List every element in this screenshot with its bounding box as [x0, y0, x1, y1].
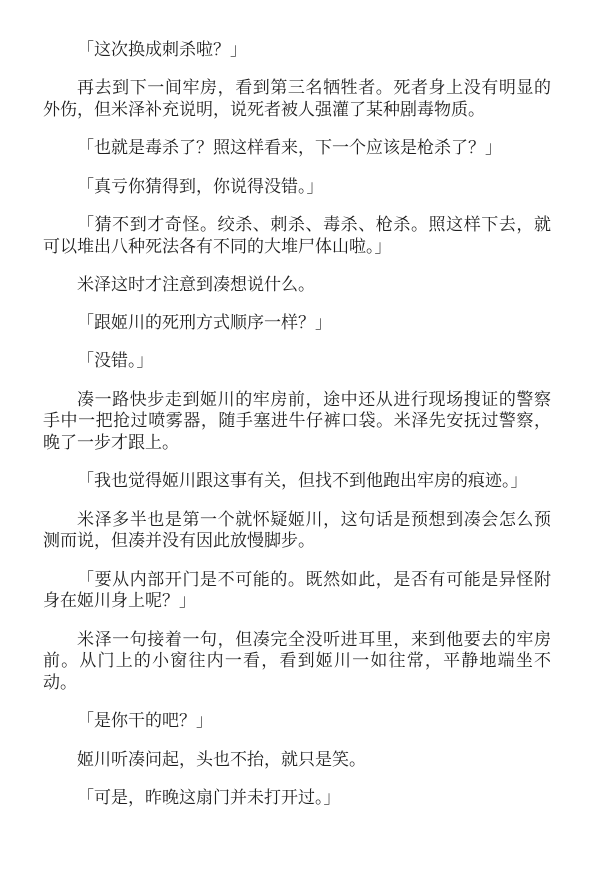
paragraph: 「猜不到才奇怪。绞杀、刺杀、毒杀、枪杀。照这样下去，就可以堆出八种死法各有不同的…	[43, 214, 551, 257]
paragraph: 米泽这时才注意到凑想说什么。	[43, 274, 551, 296]
paragraph: 「我也觉得姬川跟这事有关，但找不到他跑出牢房的痕迹。」	[43, 470, 551, 492]
paragraph: 再去到下一间牢房，看到第三名牺牲者。死者身上没有明显的外伤，但米泽补充说明，说死…	[43, 77, 551, 120]
page-background: { "page": { "background_color": "#ffffff…	[0, 0, 613, 869]
paragraph: 「这次换成刺杀啦？」	[43, 39, 551, 61]
paragraph: 「没错。」	[43, 350, 551, 372]
paragraph: 「要从内部开门是不可能的。既然如此，是否有可能是异怪附身在姬川身上呢？」	[43, 569, 551, 612]
paragraph: 「是你干的吧？」	[43, 710, 551, 732]
paragraph: 凑一路快步走到姬川的牢房前，途中还从进行现场搜证的警察手中一把抢过喷雾器，随手塞…	[43, 389, 551, 454]
paragraph: 米泽一句接着一句，但凑完全没听进耳里，来到他要去的牢房前。从门上的小窗往内一看，…	[43, 629, 551, 694]
paragraph: 米泽多半也是第一个就怀疑姬川，这句话是预想到凑会怎么预测而说，但凑并没有因此放慢…	[43, 509, 551, 552]
paragraph: 「也就是毒杀了？照这样看来，下一个应该是枪杀了？」	[43, 137, 551, 159]
document-page: 「这次换成刺杀啦？」 再去到下一间牢房，看到第三名牺牲者。死者身上没有明显的外伤…	[0, 0, 613, 869]
paragraph: 「真亏你猜得到，你说得没错。」	[43, 176, 551, 198]
paragraph: 「跟姬川的死刑方式顺序一样？」	[43, 312, 551, 334]
paragraph: 姬川听凑问起，头也不抬，就只是笑。	[43, 749, 551, 771]
paragraph: 「可是，昨晚这扇门并未打开过。」	[43, 787, 551, 809]
